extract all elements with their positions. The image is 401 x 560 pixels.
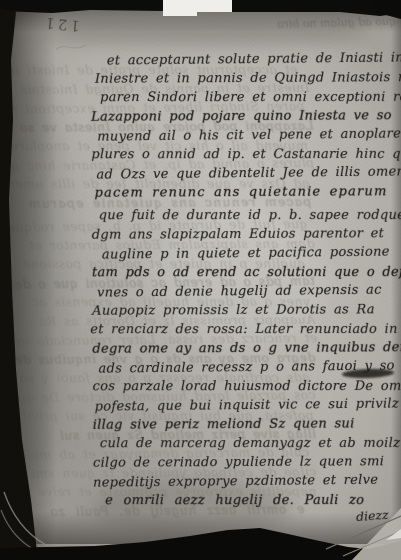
text-line: pofesta, que bui inquisit vic ce sui pri… — [95, 394, 399, 416]
text-line: degra ome ay ans ds o g vne inquibus den — [92, 338, 398, 359]
text-line: dgm ans slapizpalam Eduios parentor et — [92, 224, 398, 245]
text-line: que fuit de durante id p. b. sapee rodqu… — [99, 206, 398, 225]
text-line: ad Ozs ve que dibentelit Jee de illis om… — [96, 162, 397, 184]
text-line: Iniestre et in pannis de Quingd Iniastoi… — [95, 68, 397, 89]
text-line: plures o annid ad ip. et Castanarie hinc… — [91, 145, 397, 164]
text-line: nepeditijs exproprye pzdimoste et relve — [93, 470, 399, 492]
text-line: paren Sindori libere et omni exceptioni … — [100, 88, 397, 107]
manuscript-scan: et acceptarunt solute pratie de Iniasti … — [0, 0, 401, 560]
manuscript-text: et acceptarunt solute pratie de Iniasti … — [91, 49, 399, 511]
text-line: et renciarz des rossa: Later renunciado … — [90, 320, 398, 339]
text-line: augline p in quiete et pacifica possione — [102, 242, 398, 264]
text-line: Auapopiz promissis lz et Dorotis as Ra — [92, 300, 398, 321]
text-line: cula de marcerag demanyagz et ab moilz — [100, 434, 399, 453]
text-line: vnes o ad denie hugelij ad expensis ac — [97, 280, 398, 302]
text-line: et acceptarunt solute pratie de Iniasti … — [107, 48, 397, 70]
text-line: e omrili aezz hugelij de. Pauli zo — [105, 491, 399, 510]
signature: diezz — [356, 507, 390, 524]
text-line: cos parzale lorad huiusmod dictore De om… — [93, 377, 399, 396]
text-line: muyend ail o his cit vel pene et anoplar… — [97, 124, 397, 146]
text-line: cilgo de cerinado ypuliende lz quen smi — [93, 452, 399, 473]
text-line: Lazapponi pod pojare quino Iniesta ve so — [91, 106, 397, 127]
text-line: tam pds o ad erend ac solutioni que o de… — [92, 263, 398, 282]
text-line: pacem renunc ans quietanie eparum — [94, 182, 397, 203]
text-line: illag sive periz meliond Sz quen sui — [93, 414, 399, 435]
